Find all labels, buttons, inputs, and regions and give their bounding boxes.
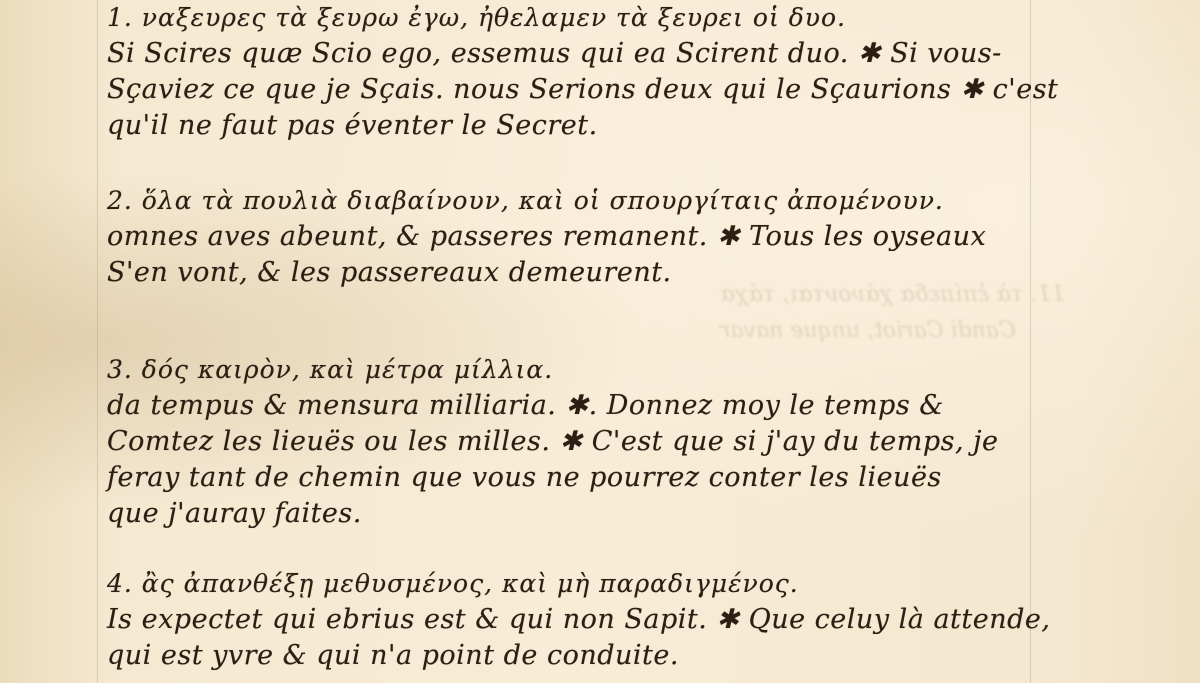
proverb-entry-2: 2. ὅλα τὰ πουλιὰ διαβαίνουν, καὶ οἱ σπου…: [107, 183, 1037, 291]
french-line: qu'il ne faut pas éventer le Secret.: [107, 108, 1037, 144]
left-margin-rule: [97, 0, 98, 683]
latin-line: da tempus & mensura milliaria. ✱. Donnez…: [107, 388, 1037, 424]
proverb-entry-1: 1. ναξευρες τὰ ξευρω ἐγω, ἠθελαμεν τὰ ξε…: [107, 0, 1037, 144]
greek-line: 3. δός καιρὸν, καὶ μέτρα μίλλια.: [107, 352, 1037, 388]
french-line: qui est yvre & qui n'a point de conduite…: [107, 638, 1037, 674]
french-line: S'en vont, & les passereaux demeurent.: [107, 255, 1037, 291]
latin-line: Si Scires quæ Scio ego, essemus qui ea S…: [107, 36, 1037, 72]
greek-line: 4. ἂς ἀπανθέξῃ μεθυσμένος, καὶ μὴ παραδι…: [107, 566, 1037, 602]
latin-line: Is expectet qui ebrius est & qui non Sap…: [107, 602, 1037, 638]
french-line: Sçaviez ce que je Sçais. nous Serions de…: [107, 72, 1037, 108]
manuscript-page: 11. τὰ ἐπίπεδα χάνονται, τάχα Candi Cari…: [0, 0, 1200, 683]
latin-line: omnes aves abeunt, & passeres remanent. …: [107, 219, 1037, 255]
proverb-entry-3: 3. δός καιρὸν, καὶ μέτρα μίλλια. da temp…: [107, 352, 1037, 532]
proverb-entry-4: 4. ἂς ἀπανθέξῃ μεθυσμένος, καὶ μὴ παραδι…: [107, 566, 1037, 674]
greek-line: 2. ὅλα τὰ πουλιὰ διαβαίνουν, καὶ οἱ σπου…: [107, 183, 1037, 219]
french-line: feray tant de chemin que vous ne pourrez…: [107, 460, 1037, 496]
bleed-through-text: Candi Cariot, unque navar: [720, 318, 1016, 343]
greek-line: 1. ναξευρες τὰ ξευρω ἐγω, ἠθελαμεν τὰ ξε…: [107, 0, 1037, 36]
french-line: Comtez les lieuës ou les milles. ✱ C'est…: [107, 424, 1037, 460]
french-line: que j'auray faites.: [107, 496, 1037, 532]
